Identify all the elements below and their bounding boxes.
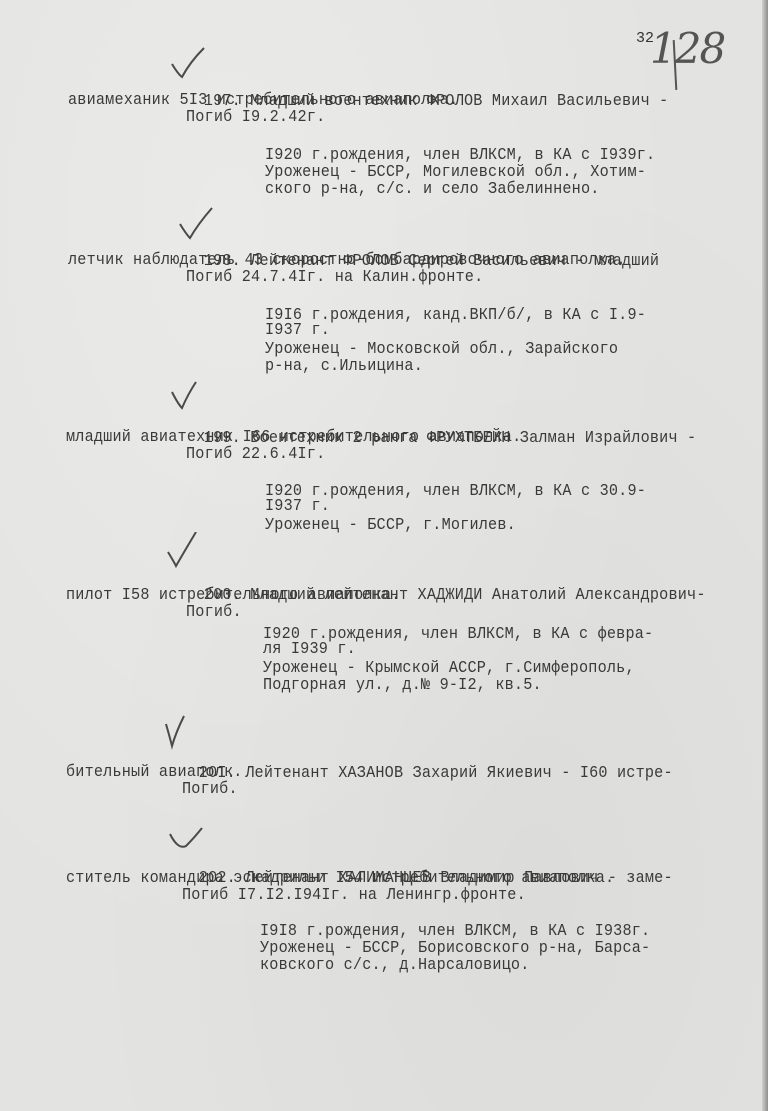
entry-header-line: Лейтенант ХАЗАНОВ Захарий Якиевич - I60 … <box>245 763 673 782</box>
entry-detail-line: I937 г. <box>265 497 330 515</box>
entry-detail-line: I937 г. <box>265 321 330 339</box>
entry-death-line: Погиб I9.2.42г. <box>186 108 325 126</box>
entry-detail-line: р-на, с.Ильицина. <box>265 357 423 375</box>
entry-detail-line: ля I939 г. <box>263 640 356 658</box>
entry-death-line: Погиб. <box>182 780 238 798</box>
page-edge-shadow <box>762 0 768 1111</box>
entry-detail-line: ского р-на, с/с. и село Забелиннено. <box>265 180 600 198</box>
entry-detail-line: Подгорная ул., д.№ 9-I2, кв.5. <box>263 676 542 694</box>
entry-detail-line: ковского с/с., д.Нарсаловицо. <box>260 956 530 974</box>
entry-death-line: Погиб I7.I2.I94Iг. на Ленингр.фронте. <box>182 886 526 904</box>
document-page: 32 128 197. Младший воентехник ФРОЛОВ Ми… <box>0 0 768 1111</box>
checkmark-icon <box>164 532 204 568</box>
entry-detail-line: Уроженец - БССР, г.Могилев. <box>265 516 516 534</box>
page-number-handwritten: 128 <box>650 24 724 73</box>
entry-death-line: Погиб. <box>186 603 242 621</box>
entry-death-line: Погиб 22.6.4Iг. <box>186 445 325 463</box>
checkmark-icon <box>162 714 202 750</box>
entry-death-line: Погиб 24.7.4Iг. на Калин.фронте. <box>186 268 483 286</box>
